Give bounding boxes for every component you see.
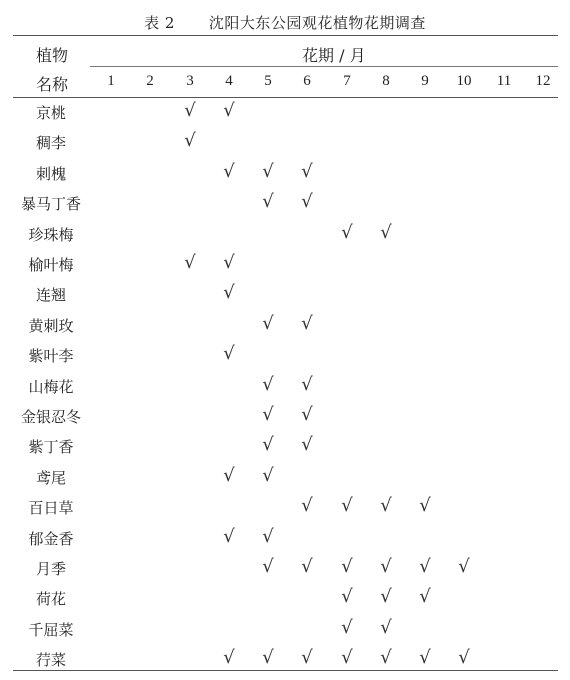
- month-header-7: 7: [332, 73, 362, 90]
- check-mark-icon: √: [256, 647, 280, 668]
- header-plant-line2: 名称: [36, 72, 68, 95]
- table-row: 刺槐√√√: [0, 160, 570, 188]
- month-header-10: 10: [449, 73, 479, 90]
- check-mark-icon: √: [335, 556, 359, 577]
- plant-name: 京桃: [0, 102, 102, 123]
- check-mark-icon: √: [217, 282, 241, 303]
- check-mark-icon: √: [374, 495, 398, 516]
- plant-name: 月季: [0, 558, 102, 579]
- plant-name: 黄刺玫: [0, 315, 102, 336]
- check-mark-icon: √: [413, 647, 437, 668]
- month-header-9: 9: [410, 73, 440, 90]
- check-mark-icon: √: [295, 434, 319, 455]
- check-mark-icon: √: [335, 495, 359, 516]
- table-row: 百日草√√√√: [0, 494, 570, 522]
- check-mark-icon: √: [413, 586, 437, 607]
- check-mark-icon: √: [374, 556, 398, 577]
- table-row: 月季√√√√√√: [0, 555, 570, 583]
- check-mark-icon: √: [452, 556, 476, 577]
- table-row: 鸢尾√√: [0, 464, 570, 492]
- check-mark-icon: √: [295, 313, 319, 334]
- table-number: 表 2: [144, 14, 175, 32]
- check-mark-icon: √: [295, 556, 319, 577]
- check-mark-icon: √: [217, 161, 241, 182]
- table-row: 金银忍冬√√: [0, 403, 570, 431]
- month-header-8: 8: [371, 73, 401, 90]
- bottom-rule: [13, 670, 558, 671]
- month-header-3: 3: [175, 73, 205, 90]
- check-mark-icon: √: [217, 465, 241, 486]
- month-header-6: 6: [292, 73, 322, 90]
- check-mark-icon: √: [256, 191, 280, 212]
- table-row: 紫丁香√√: [0, 433, 570, 461]
- check-mark-icon: √: [413, 556, 437, 577]
- check-mark-icon: √: [295, 404, 319, 425]
- table-row: 珍珠梅√√: [0, 221, 570, 249]
- plant-name: 连翘: [0, 284, 102, 305]
- check-mark-icon: √: [256, 434, 280, 455]
- check-mark-icon: √: [335, 586, 359, 607]
- plant-name: 刺槐: [0, 163, 102, 184]
- table-row: 紫叶李√: [0, 342, 570, 370]
- plant-name: 紫丁香: [0, 436, 102, 457]
- check-mark-icon: √: [295, 495, 319, 516]
- table-row: 连翘√: [0, 281, 570, 309]
- check-mark-icon: √: [295, 191, 319, 212]
- table-row: 榆叶梅√√: [0, 251, 570, 279]
- plant-name: 鸢尾: [0, 467, 102, 488]
- top-rule: [13, 35, 558, 36]
- table-row: 荷花√√√: [0, 585, 570, 613]
- check-mark-icon: √: [374, 586, 398, 607]
- check-mark-icon: √: [256, 526, 280, 547]
- month-header-1: 1: [96, 73, 126, 90]
- check-mark-icon: √: [256, 404, 280, 425]
- header-flowering-period: 花期 / 月: [302, 43, 422, 66]
- table-caption: 表 2沈阳大东公园观花植物花期调查: [0, 12, 570, 33]
- check-mark-icon: √: [178, 130, 202, 151]
- check-mark-icon: √: [295, 374, 319, 395]
- plant-name: 珍珠梅: [0, 224, 102, 245]
- check-mark-icon: √: [335, 647, 359, 668]
- table-row: 稠李√: [0, 129, 570, 157]
- check-mark-icon: √: [295, 647, 319, 668]
- check-mark-icon: √: [374, 222, 398, 243]
- check-mark-icon: √: [178, 100, 202, 121]
- header-plant-line1: 植物: [36, 43, 68, 66]
- plant-name: 榆叶梅: [0, 254, 102, 275]
- check-mark-icon: √: [256, 161, 280, 182]
- check-mark-icon: √: [217, 100, 241, 121]
- plant-name: 金银忍冬: [0, 406, 102, 427]
- plant-name: 郁金香: [0, 528, 102, 549]
- check-mark-icon: √: [256, 374, 280, 395]
- table-row: 黄刺玫√√: [0, 312, 570, 340]
- table-row: 山梅花√√: [0, 373, 570, 401]
- month-header-2: 2: [135, 73, 165, 90]
- plant-name: 荇菜: [0, 649, 102, 670]
- check-mark-icon: √: [374, 647, 398, 668]
- check-mark-icon: √: [217, 252, 241, 273]
- table-row: 千屈菜√√: [0, 616, 570, 644]
- plant-name: 百日草: [0, 497, 102, 518]
- table-title: 沈阳大东公园观花植物花期调查: [209, 14, 426, 32]
- plant-name: 千屈菜: [0, 619, 102, 640]
- plant-name: 紫叶李: [0, 345, 102, 366]
- plant-name: 暴马丁香: [0, 193, 102, 214]
- plant-name: 山梅花: [0, 376, 102, 397]
- check-mark-icon: √: [295, 161, 319, 182]
- check-mark-icon: √: [256, 465, 280, 486]
- check-mark-icon: √: [256, 556, 280, 577]
- plant-name: 荷花: [0, 588, 102, 609]
- check-mark-icon: √: [178, 252, 202, 273]
- header-rule: [13, 97, 558, 98]
- check-mark-icon: √: [374, 617, 398, 638]
- plant-name: 稠李: [0, 132, 102, 153]
- month-header-4: 4: [214, 73, 244, 90]
- check-mark-icon: √: [217, 526, 241, 547]
- month-header-5: 5: [253, 73, 283, 90]
- table-row: 京桃√√: [0, 99, 570, 127]
- check-mark-icon: √: [335, 617, 359, 638]
- check-mark-icon: √: [413, 495, 437, 516]
- check-mark-icon: √: [256, 313, 280, 334]
- check-mark-icon: √: [217, 343, 241, 364]
- month-header-11: 11: [489, 73, 519, 90]
- month-header-12: 12: [528, 73, 558, 90]
- check-mark-icon: √: [335, 222, 359, 243]
- table-row: 郁金香√√: [0, 525, 570, 553]
- check-mark-icon: √: [217, 647, 241, 668]
- subheader-rule: [90, 66, 558, 67]
- check-mark-icon: √: [452, 647, 476, 668]
- table-row: 暴马丁香√√: [0, 190, 570, 218]
